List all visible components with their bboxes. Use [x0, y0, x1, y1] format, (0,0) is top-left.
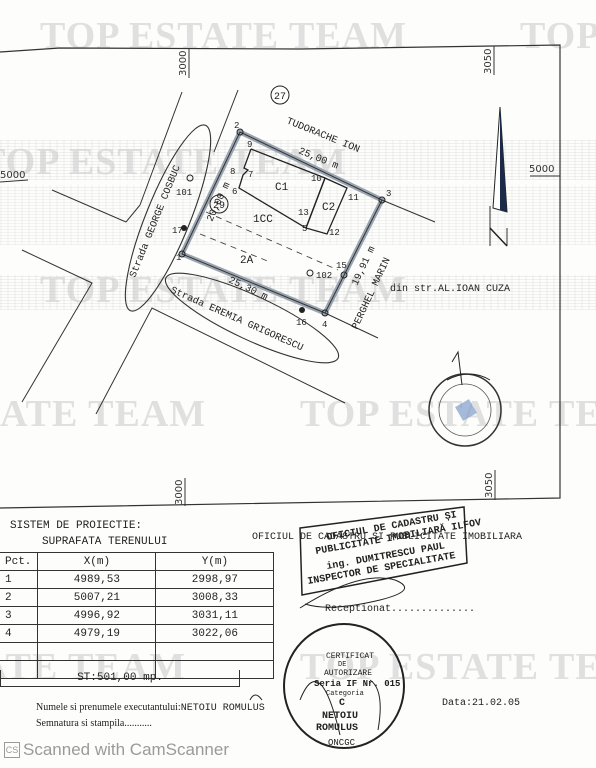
- table-row: 3 4996,92 3031,11: [0, 607, 274, 625]
- svg-text:4: 4: [322, 320, 327, 330]
- svg-text:15: 15: [336, 261, 347, 271]
- building-label: C1: [275, 182, 289, 194]
- grid-label: 5000: [529, 164, 554, 175]
- table-row: 1 4989,53 2998,97: [0, 571, 274, 589]
- date-field: Data:21.02.05: [442, 698, 520, 709]
- column-header: X(m): [38, 553, 156, 571]
- authorization-seal: CERTIFICAT DE AUTORIZARE Seria IF Nr. 01…: [284, 624, 404, 748]
- grid-label: 3050: [483, 49, 494, 74]
- svg-text:AUTORIZARE: AUTORIZARE: [324, 669, 372, 678]
- received-label: Receptionat..............: [325, 604, 475, 615]
- neighbor-parcel-number: 27: [274, 92, 286, 103]
- coordinates-table: Pct. X(m) Y(m) 1 4989,53 2998,97 2 5007,…: [0, 552, 274, 679]
- svg-text:7: 7: [248, 170, 253, 180]
- scanned-document: TOP ESTATE TEAM TOP TOP ESTATE TEAM TOP …: [0, 0, 596, 768]
- camscanner-watermark: CS Scanned with CamScanner: [4, 740, 229, 760]
- svg-text:13: 13: [298, 208, 309, 218]
- table-header-row: Pct. X(m) Y(m): [0, 553, 274, 571]
- svg-text:10: 10: [311, 174, 322, 184]
- svg-text:Seria IF Nr. 015: Seria IF Nr. 015: [314, 679, 400, 689]
- svg-text:16: 16: [296, 318, 307, 328]
- svg-text:CERTIFICAT: CERTIFICAT: [326, 652, 374, 661]
- svg-text:1: 1: [176, 253, 181, 263]
- camscanner-icon: CS: [4, 742, 20, 758]
- svg-text:17: 17: [172, 226, 183, 236]
- office-rect-stamp: OFICIUL DE CADASTRU ȘI PUBLICITATE IMOBI…: [300, 507, 482, 608]
- office-name: OFICIUL DE CADASTRU SI PUBLICITATE IMOBI…: [252, 532, 522, 543]
- grid-label: 3000: [178, 51, 189, 76]
- svg-text:Categoria: Categoria: [326, 690, 364, 698]
- grid-label: 3050: [484, 473, 495, 498]
- street-note: din str.AL.IOAN CUZA: [390, 283, 510, 295]
- total-area: ST:501,00 mp.: [0, 670, 240, 687]
- table-row: 4 4979,19 3022,06: [0, 625, 274, 643]
- svg-text:8: 8: [230, 167, 235, 177]
- projection-system-label: SISTEM DE PROIECTIE:: [10, 520, 142, 532]
- signature-label: Semnatura si stampila...........: [36, 718, 152, 729]
- svg-text:11: 11: [348, 193, 359, 203]
- map-frame: [0, 45, 560, 508]
- svg-text:9: 9: [247, 140, 252, 150]
- building-label: C2: [322, 202, 335, 214]
- zone-label: 1CC: [253, 214, 273, 226]
- svg-text:5: 5: [302, 224, 307, 234]
- svg-text:C: C: [339, 698, 345, 709]
- svg-text:3: 3: [386, 189, 391, 199]
- svg-text:12: 12: [329, 228, 340, 238]
- svg-text:DE: DE: [338, 661, 346, 669]
- executant-label: Numele si prenumele executantului:NETOIU…: [36, 702, 265, 714]
- executant-name: NETOIU ROMULUS: [181, 703, 265, 714]
- svg-text:6: 6: [232, 187, 237, 197]
- grid-label: 5000: [0, 170, 25, 181]
- svg-text:ONCGC: ONCGC: [328, 738, 356, 748]
- zone-label: 2A: [240, 255, 254, 267]
- svg-text:102: 102: [316, 271, 332, 281]
- svg-text:2: 2: [234, 121, 239, 131]
- cadastre-office-seal: [429, 352, 501, 446]
- column-header: Pct.: [0, 553, 38, 571]
- grid-label: 3000: [174, 480, 185, 505]
- table-row: 2 5007,21 3008,33: [0, 589, 274, 607]
- north-arrow-icon: [490, 107, 507, 246]
- svg-text:101: 101: [176, 188, 192, 198]
- column-header: Y(m): [156, 553, 274, 571]
- date-value: 21.02.05: [472, 698, 520, 709]
- table-row: [0, 643, 274, 661]
- svg-text:NETOIU: NETOIU: [322, 711, 358, 722]
- street-label: TUDORACHE ION: [285, 117, 361, 156]
- table-title: SUPRAFATA TERENULUI: [42, 536, 167, 548]
